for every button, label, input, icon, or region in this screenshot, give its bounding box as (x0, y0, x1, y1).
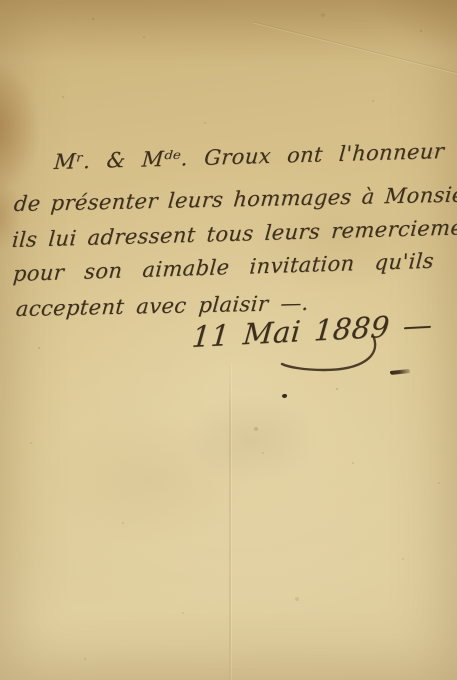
handwritten-line-3: ils lui adressent tous leurs remerciemen… (11, 214, 457, 252)
ink-speck (282, 394, 287, 398)
pen-flourish (278, 336, 382, 378)
paper-fold-line (229, 362, 231, 680)
handwritten-line-1: Mʳ. & Mᵈᵉ. Groux ont l'honneur (53, 139, 445, 174)
handwritten-line-4: pour son aimable invitation qu'ils (12, 249, 435, 286)
pen-dash-mark (390, 369, 410, 375)
aged-letter-photo: Mʳ. & Mᵈᵉ. Groux ont l'honneur de présen… (0, 0, 457, 680)
paper-crease (253, 21, 457, 75)
paper-speckles (0, 0, 2, 2)
handwritten-line-2: de présenter leurs hommages à Monsieur L… (13, 180, 457, 216)
